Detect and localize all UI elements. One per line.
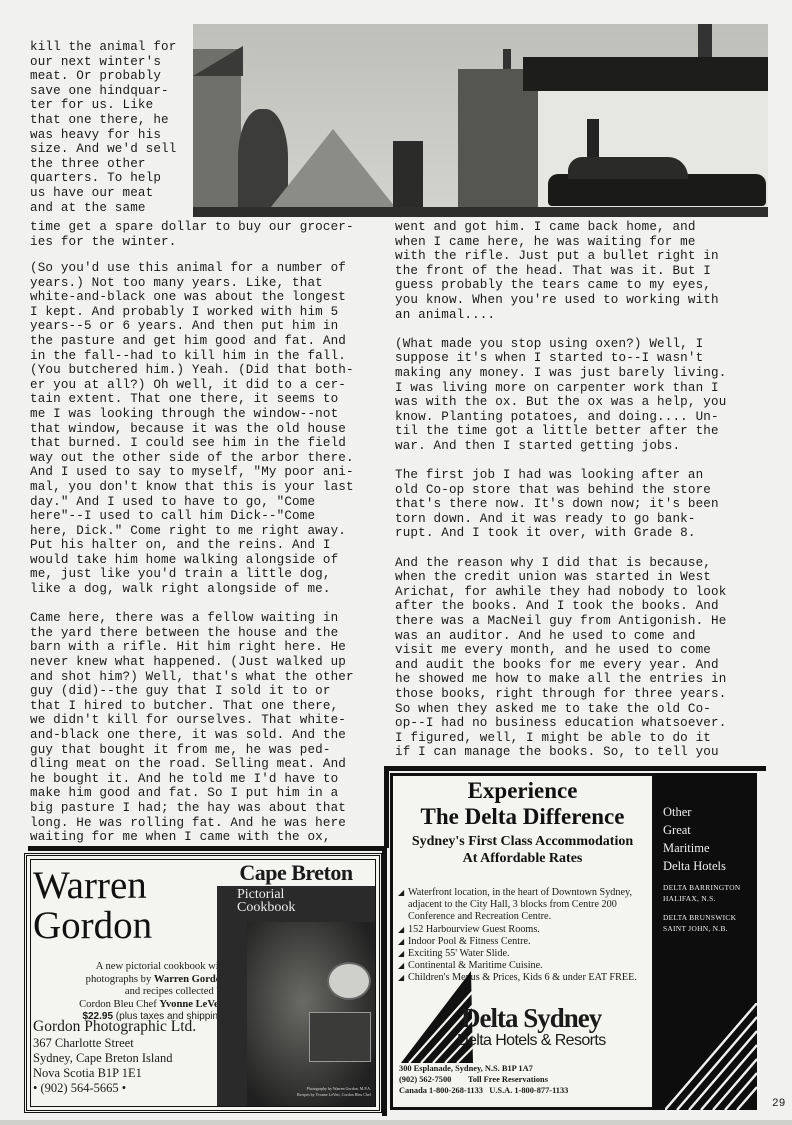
feature-item: Indoor Pool & Fitness Centre. bbox=[398, 936, 656, 948]
ad-headline: Experience bbox=[393, 778, 652, 804]
side-heading: Other Great Maritime Delta Hotels bbox=[663, 803, 726, 875]
paragraph: And the reason why I did that is because… bbox=[395, 556, 770, 760]
cookbook-cover: Cape Breton Pictorial Cookbook Photograp… bbox=[217, 862, 375, 1106]
feature-item: 152 Harbourview Guest Rooms. bbox=[398, 924, 656, 936]
divider-rule bbox=[384, 766, 766, 771]
heading-line: Maritime bbox=[663, 839, 726, 857]
contact-line: 300 Esplanade, Sydney, N.S. B1P 1A7 bbox=[399, 1063, 568, 1074]
desc-text: Cordon Bleu Chef bbox=[79, 999, 159, 1010]
address-line: Nova Scotia B1P 1E1 bbox=[33, 1066, 172, 1081]
right-column: went and got him. I came back home, and … bbox=[395, 220, 770, 775]
warren-gordon-ad: Warren Gordon A new pictorial cookbook w… bbox=[24, 853, 382, 1113]
phone-number: • (902) 564-5665 • bbox=[33, 1081, 172, 1096]
house-door bbox=[587, 119, 599, 157]
divider-rule bbox=[382, 846, 387, 1116]
paragraph: Came here, there was a fellow waiting in… bbox=[30, 611, 390, 845]
desc-text: photographs by bbox=[86, 974, 154, 985]
hotel-name: DELTA BARRINGTON bbox=[663, 883, 741, 894]
shed-shape bbox=[393, 141, 423, 217]
company-address: 367 Charlotte Street Sydney, Cape Breton… bbox=[33, 1036, 172, 1096]
contact-info: 300 Esplanade, Sydney, N.S. B1P 1A7 (902… bbox=[399, 1063, 568, 1096]
subtitle-line: Cookbook bbox=[237, 901, 295, 914]
title-line: Warren bbox=[33, 866, 152, 906]
ad-title: Warren Gordon bbox=[33, 866, 152, 946]
feature-item: Waterfront location, in the heart of Dow… bbox=[398, 887, 656, 924]
cover-credit: Photography by Warren Gordon, M.P.A. Rec… bbox=[297, 1086, 371, 1098]
heading-line: Delta Hotels bbox=[663, 857, 726, 875]
heading-line: Other bbox=[663, 803, 726, 821]
heading-line: Great bbox=[663, 821, 726, 839]
paragraph: The first job I had was looking after an… bbox=[395, 468, 770, 541]
delta-logo-subtitle: Delta Hotels & Resorts bbox=[457, 1032, 606, 1050]
ad-subheadline: At Affordable Rates bbox=[393, 850, 652, 867]
contact-line: (902) 562-7500 Toll Free Reservations bbox=[399, 1074, 568, 1085]
divider-rule bbox=[28, 846, 383, 851]
barn-roof bbox=[193, 46, 243, 76]
hotel-listing: DELTA BARRINGTON HALIFAX, N.S. bbox=[663, 883, 741, 904]
desc-line: photographs by Warren Gordon bbox=[47, 974, 227, 987]
hotel-city: SAINT JOHN, N.B. bbox=[663, 924, 736, 935]
title-line: Gordon bbox=[33, 906, 152, 946]
paragraph: (So you'd use this animal for a number o… bbox=[30, 261, 390, 597]
desc-line: and recipes collected by bbox=[47, 986, 227, 999]
chimney-small bbox=[503, 49, 511, 69]
intro-text: kill the animal for our next winter's me… bbox=[30, 40, 195, 215]
desc-line: Cordon Bleu Chef Yvonne LeVert bbox=[47, 999, 227, 1012]
feature-list: Waterfront location, in the heart of Dow… bbox=[398, 887, 656, 985]
car-cabin bbox=[568, 157, 688, 179]
intro-text-continued: time get a spare dollar to buy our groce… bbox=[30, 220, 390, 249]
farmhouse-photo bbox=[193, 24, 768, 217]
hotel-listing: DELTA BRUNSWICK SAINT JOHN, N.B. bbox=[663, 913, 736, 934]
left-column: (So you'd use this animal for a number o… bbox=[30, 261, 390, 859]
address-line: 367 Charlotte Street bbox=[33, 1036, 172, 1051]
page-bottom-edge bbox=[0, 1120, 792, 1125]
divider-rule bbox=[384, 766, 389, 848]
company-name: Gordon Photographic Ltd. bbox=[33, 1018, 196, 1035]
desc-line: A new pictorial cookbook with bbox=[47, 961, 227, 974]
hotel-city: HALIFAX, N.S. bbox=[663, 894, 741, 905]
paragraph: went and got him. I came back home, and … bbox=[395, 220, 770, 322]
credit-line: Recipes by Yvonne LeVert, Cordon Bleu Ch… bbox=[297, 1092, 371, 1098]
ad-headline: The Delta Difference bbox=[393, 804, 652, 830]
delta-sydney-ad: Experience The Delta Difference Sydney's… bbox=[390, 773, 655, 1110]
delta-sydney-logo: Delta Sydney bbox=[461, 1003, 601, 1033]
chimney bbox=[698, 24, 712, 57]
feature-item: Exciting 55' Water Slide. bbox=[398, 948, 656, 960]
delta-other-hotels-panel: Other Great Maritime Delta Hotels DELTA … bbox=[655, 773, 757, 1110]
ad-description: A new pictorial cookbook with photograph… bbox=[47, 961, 227, 1024]
page-number: 29 bbox=[772, 1097, 786, 1112]
paragraph: (What made you stop using oxen?) Well, I… bbox=[395, 337, 770, 454]
contact-line: Canada 1-800-268-1133 U.S.A. 1-800-877-1… bbox=[399, 1085, 568, 1096]
grass bbox=[193, 207, 768, 217]
address-line: Sydney, Cape Breton Island bbox=[33, 1051, 172, 1066]
cookbook-title: Cape Breton bbox=[217, 862, 375, 886]
woodpile-shape bbox=[263, 129, 403, 217]
house-roof bbox=[523, 57, 768, 91]
cover-inset-photo bbox=[309, 1012, 371, 1062]
hotel-name: DELTA BRUNSWICK bbox=[663, 913, 736, 924]
delta-sail-stripes-icon bbox=[665, 1003, 757, 1110]
cover-plate bbox=[327, 962, 371, 1000]
cookbook-subtitle: Pictorial Cookbook bbox=[237, 888, 295, 914]
ad-subheadline: Sydney's First Class Accommodation bbox=[393, 833, 652, 850]
